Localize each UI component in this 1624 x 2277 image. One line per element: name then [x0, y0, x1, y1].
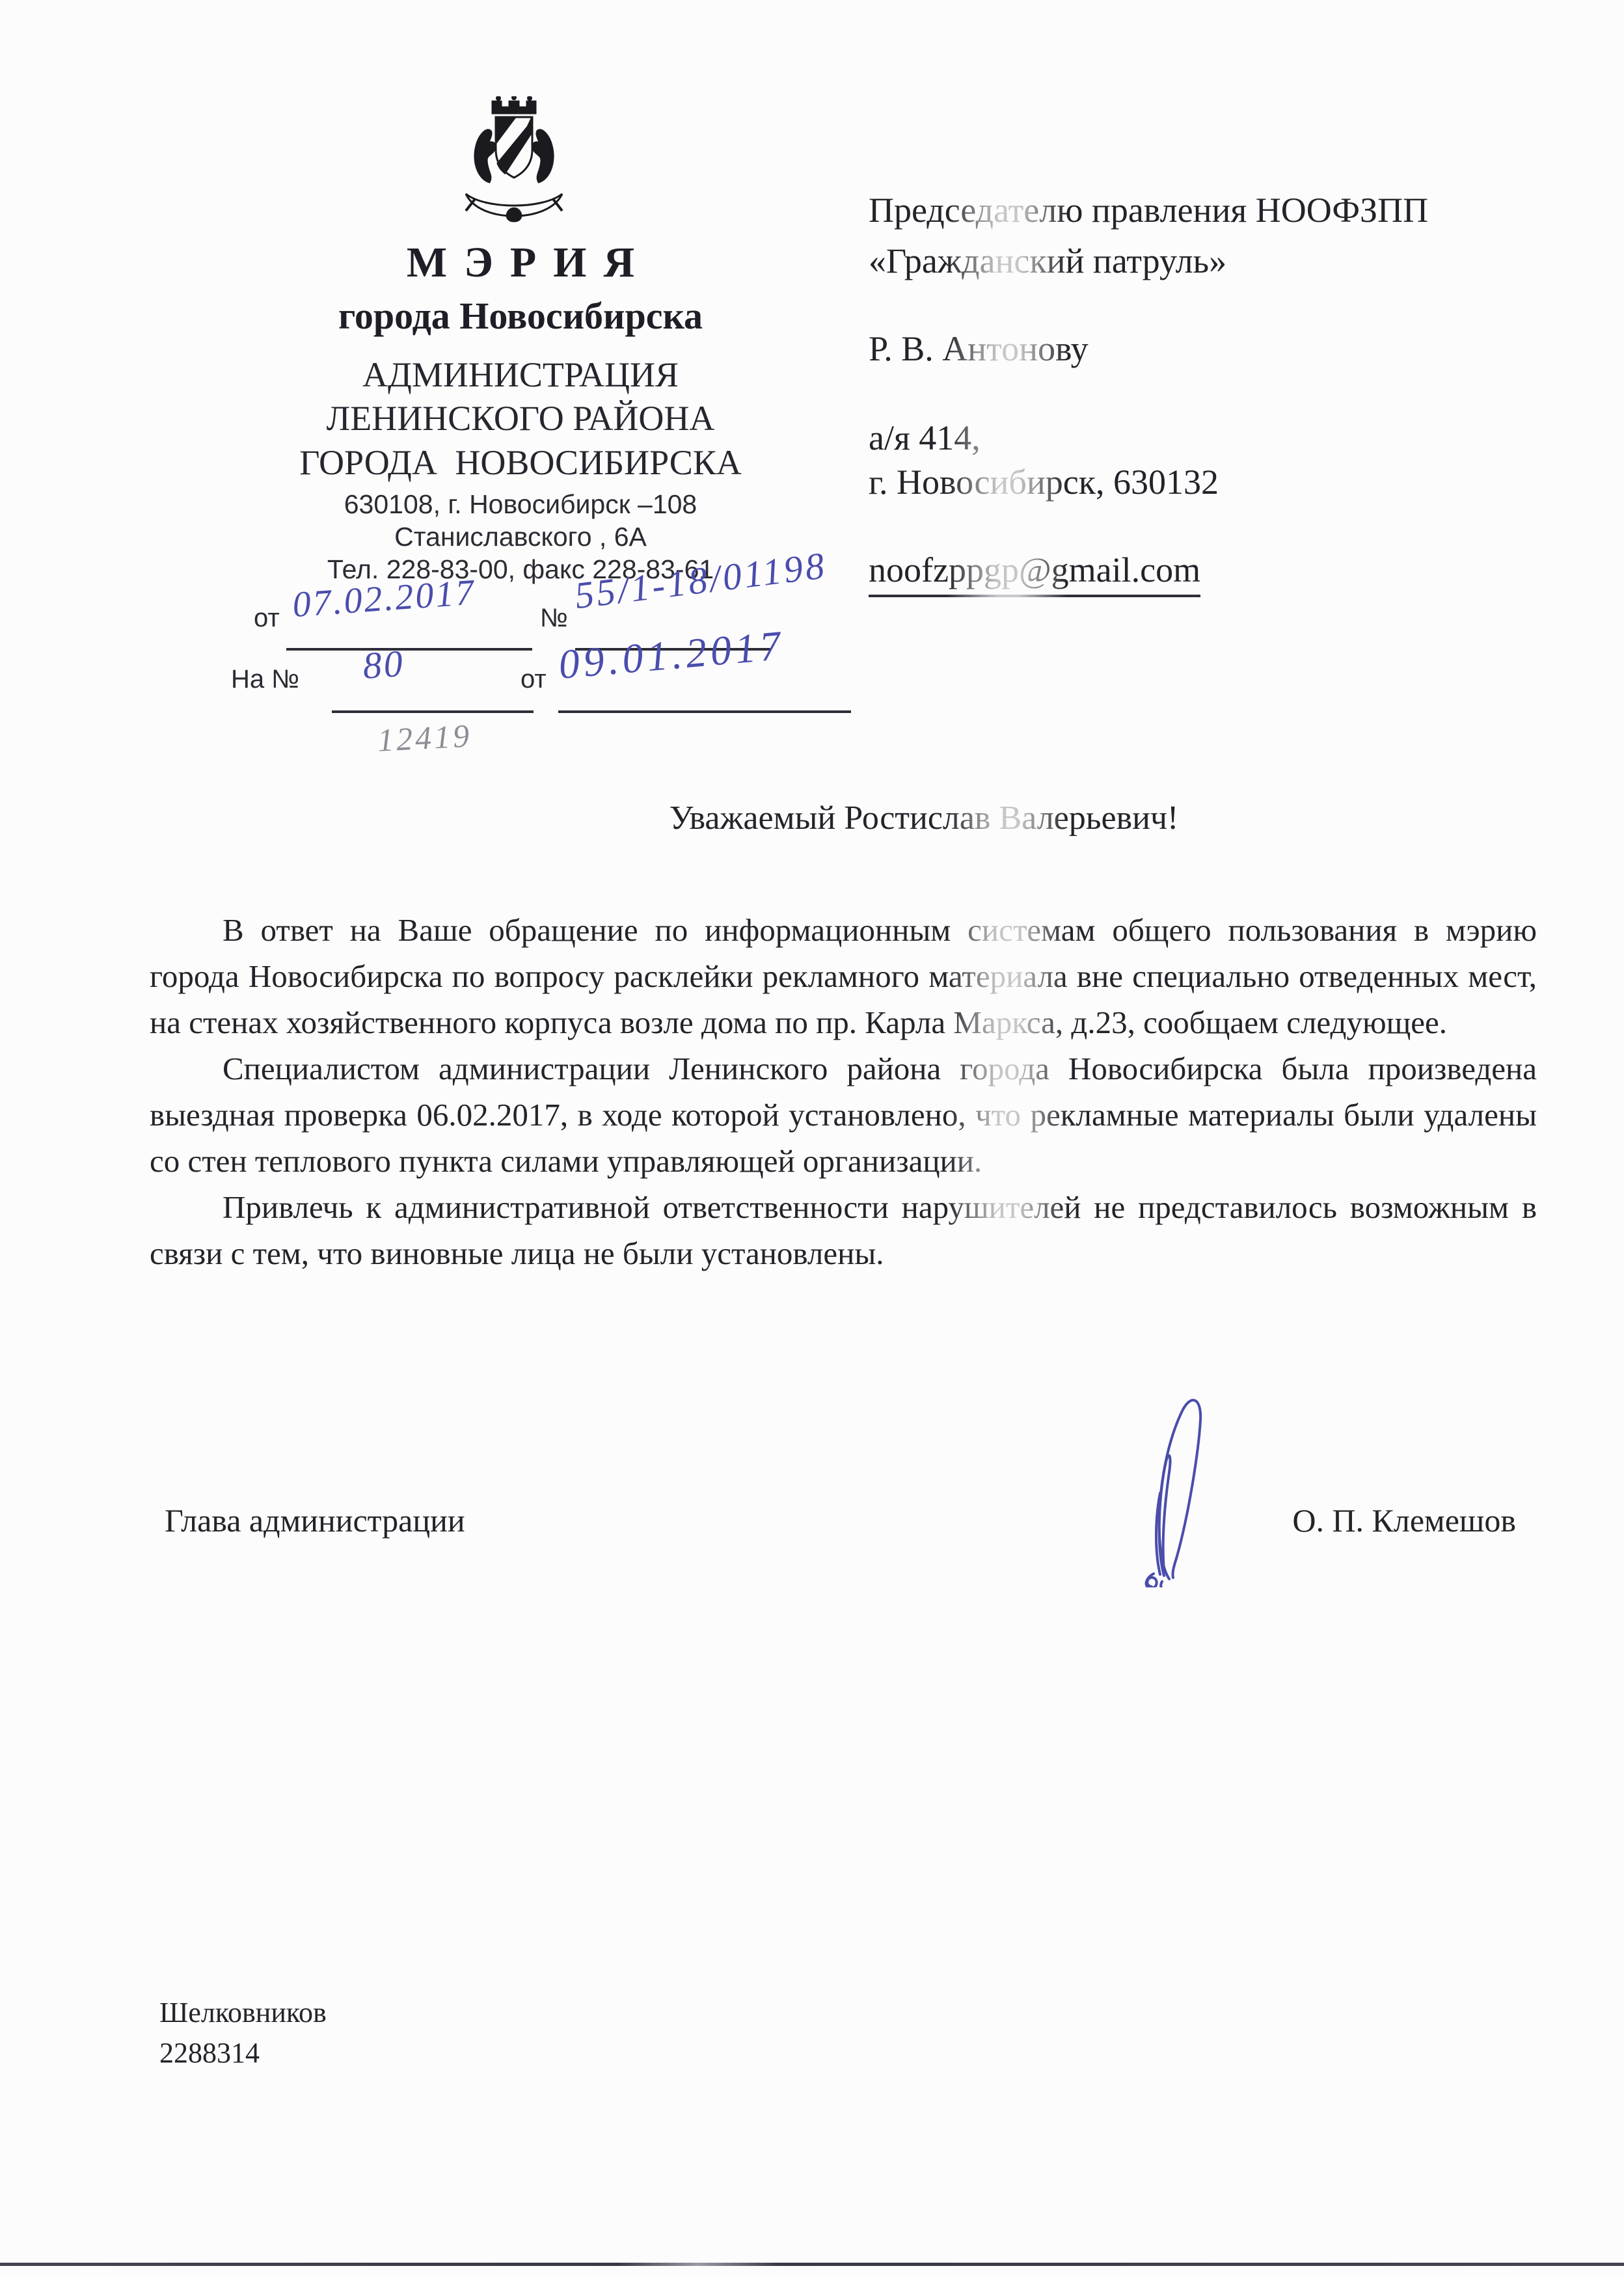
- signer-position: Глава администрации: [165, 1502, 465, 1539]
- department-line-2: ЛЕНИНСКОГО РАЙОНА: [150, 398, 891, 438]
- addressee-email: noofzppgp@gmail.com: [869, 550, 1200, 590]
- handwritten-signature: [1090, 1389, 1243, 1587]
- reply-date-label: от: [521, 665, 547, 694]
- pencil-registration-note: 12419: [377, 716, 473, 759]
- outgoing-number-label: №: [540, 604, 568, 633]
- executor-name: Шелковников: [159, 1996, 327, 2029]
- letterhead-postal-address: 630108, г. Новосибирск –108: [150, 489, 891, 520]
- addressee-name: Р. В. Антонову: [869, 329, 1089, 369]
- handwritten-reply-number: 80: [361, 641, 406, 688]
- addressee-title-line1: Председателю правления НООФЗПП: [869, 190, 1428, 230]
- outgoing-date-underline: [286, 648, 532, 651]
- body-paragraph-3: Привлечь к административной ответственно…: [150, 1184, 1537, 1276]
- org-subtitle: города Новосибирска: [150, 294, 891, 338]
- department-line-1: АДМИНИСТРАЦИЯ: [150, 355, 891, 395]
- addressee-city-zip: г. Новосибирск, 630132: [869, 462, 1219, 502]
- executor-phone: 2288314: [159, 2036, 260, 2069]
- addressee-po-box: а/я 414,: [869, 418, 981, 458]
- handwritten-reply-date: 09.01.2017: [557, 621, 787, 689]
- letterhead-street-address: Станиславского , 6А: [150, 522, 891, 552]
- novosibirsk-coat-of-arms-icon: [455, 96, 573, 226]
- department-line-3: ГОРОДА НОВОСИБИРСКА: [150, 442, 891, 483]
- scanner-edge-line-artifact: [0, 2263, 1624, 2266]
- outgoing-date-label: от: [254, 604, 280, 633]
- reply-to-number-label: На №: [231, 665, 299, 694]
- reply-number-underline: [332, 710, 534, 713]
- letter-body: В ответ на Ваше обращение по информацион…: [150, 907, 1537, 1276]
- salutation: Уважаемый Ростислав Валерьевич!: [560, 799, 1288, 837]
- signer-name: О. П. Клемешов: [1223, 1502, 1516, 1539]
- addressee-title-line2: «Гражданский патруль»: [869, 241, 1226, 281]
- body-paragraph-1: В ответ на Ваше обращение по информацион…: [150, 907, 1537, 1045]
- body-paragraph-2: Специалистом администрации Ленинского ра…: [150, 1045, 1537, 1184]
- addressee-email-text: noofzppgp@gmail.com: [869, 550, 1200, 597]
- scanned-letter-page: МЭРИЯ города Новосибирска АДМИНИСТРАЦИЯ …: [0, 0, 1624, 2277]
- org-title: МЭРИЯ: [150, 238, 891, 288]
- reply-date-underline: [558, 710, 851, 713]
